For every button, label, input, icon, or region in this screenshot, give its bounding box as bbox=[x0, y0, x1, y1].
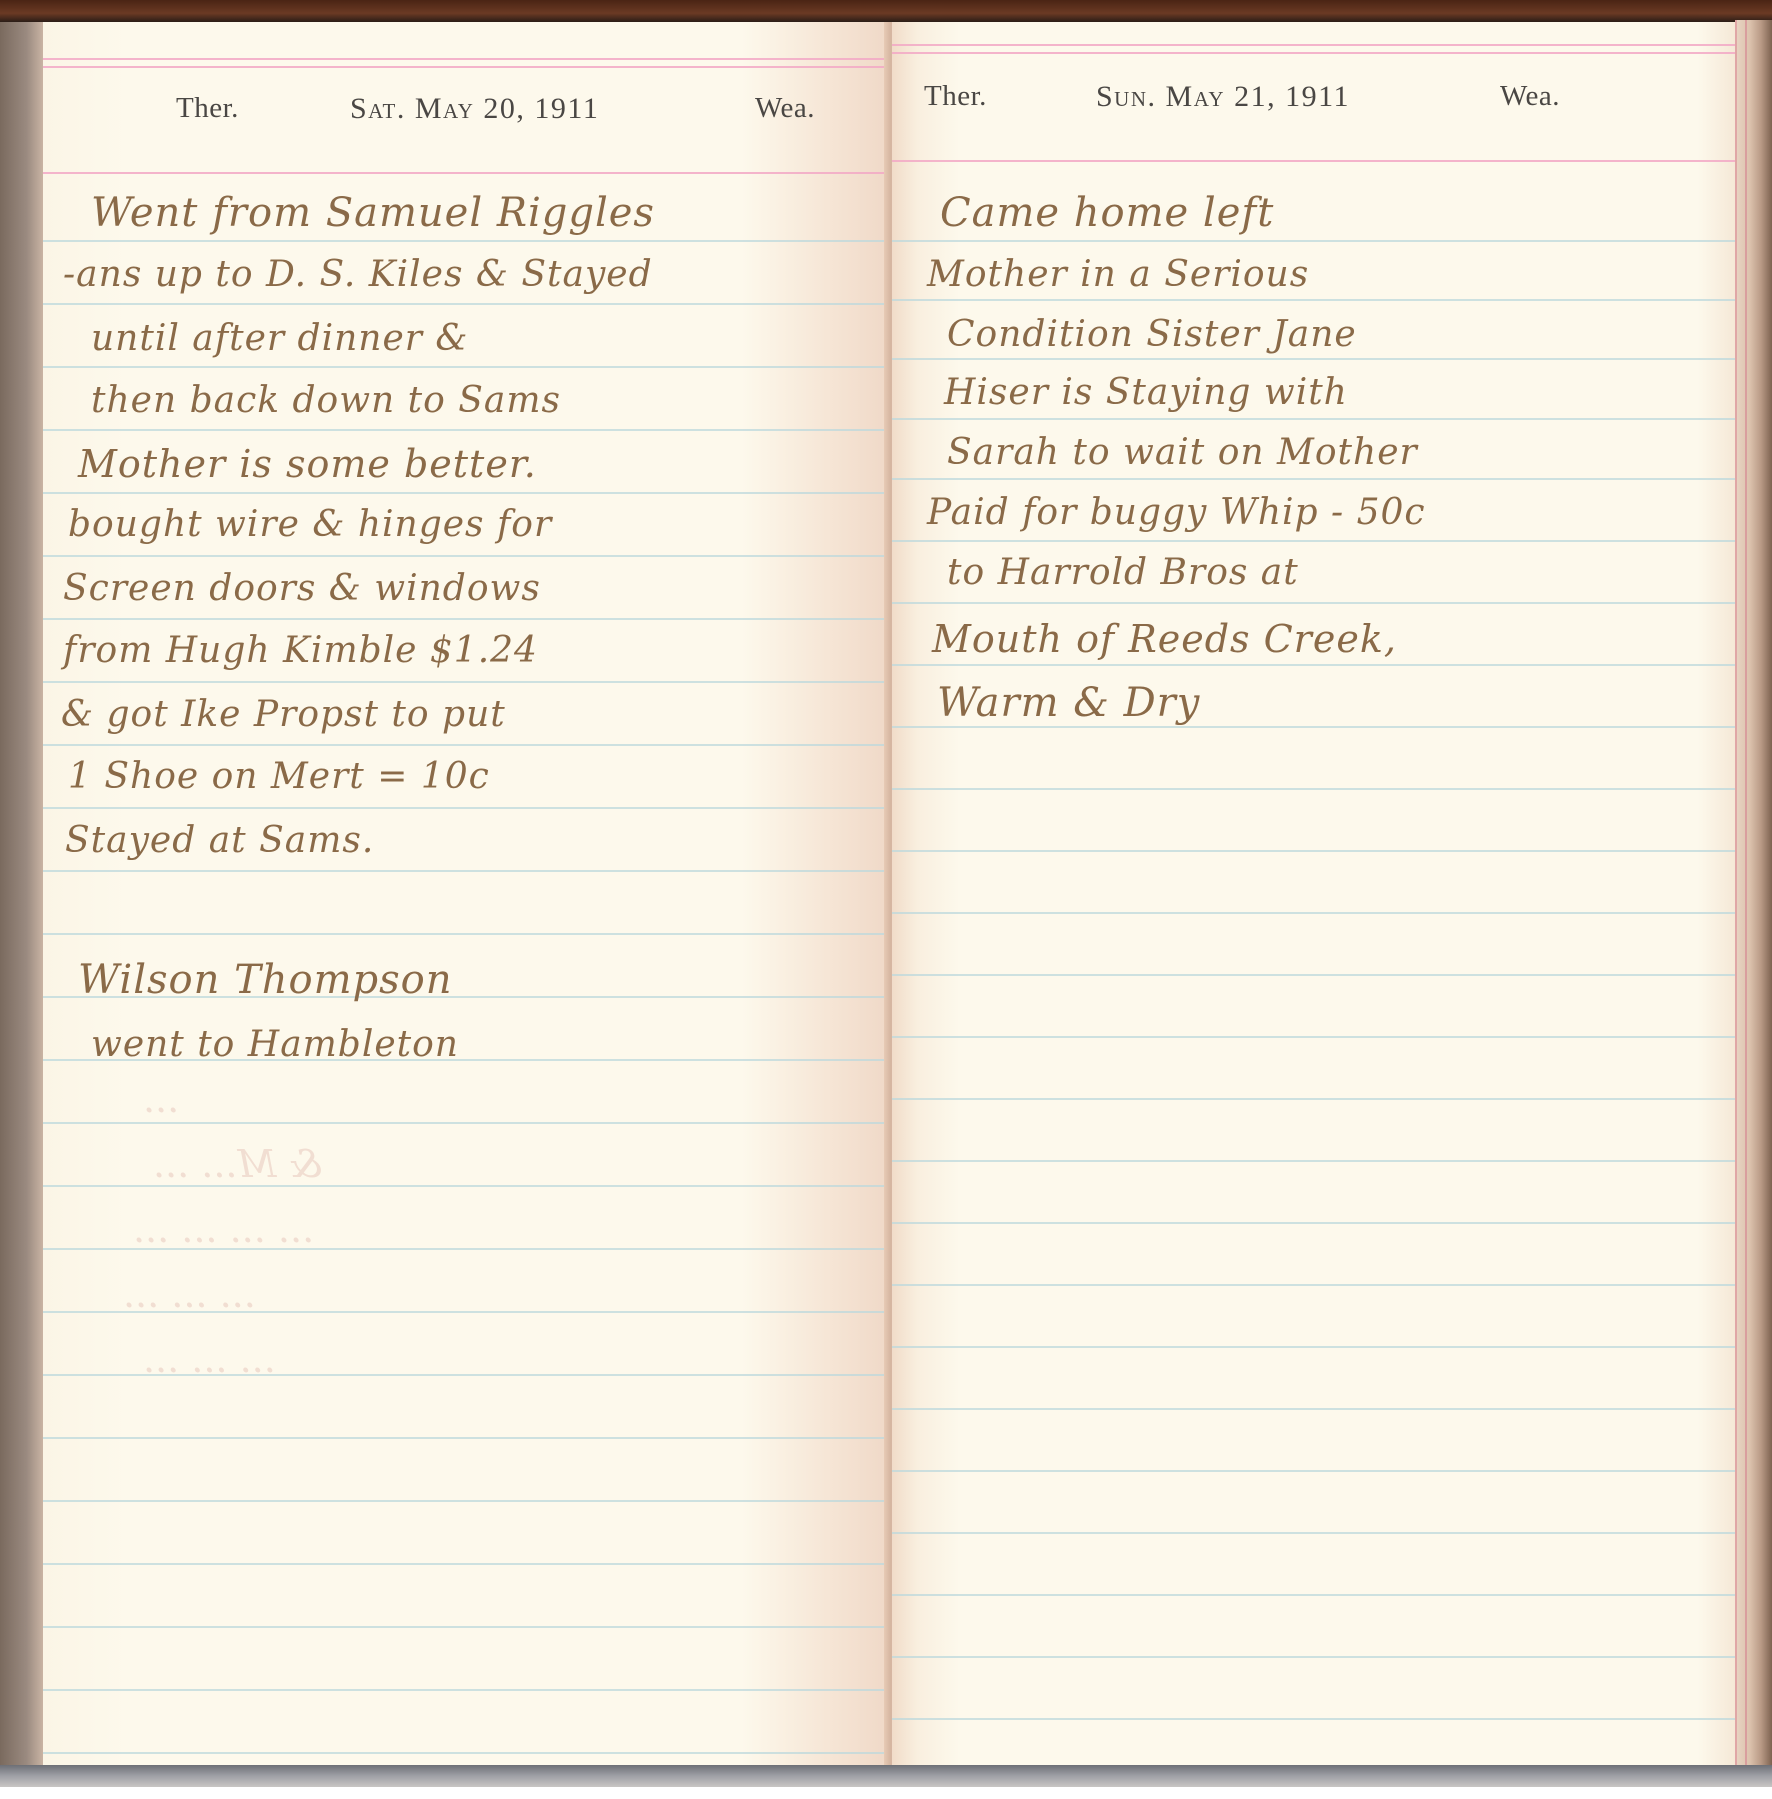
ruled-line bbox=[43, 618, 895, 620]
ruled-line bbox=[892, 912, 1740, 914]
page-date: Sun. May 21, 1911 bbox=[1096, 80, 1350, 114]
header-rule bbox=[43, 172, 895, 174]
ruled-line bbox=[892, 1408, 1740, 1410]
entry-line: to Harrold Bros at bbox=[947, 552, 1299, 593]
ruled-line bbox=[43, 1626, 895, 1628]
left-page-header: Ther. Sat. May 20, 1911 Wea. bbox=[43, 92, 895, 152]
ruled-line bbox=[43, 240, 895, 242]
header-rule bbox=[892, 52, 1740, 54]
ruled-line bbox=[892, 1160, 1740, 1162]
ruled-line bbox=[892, 1532, 1740, 1534]
entry-line: & got Ike Propst to put bbox=[61, 694, 506, 735]
entry-line: Condition Sister Jane bbox=[947, 314, 1357, 355]
entry-line: Went from Samuel Riggles bbox=[91, 190, 655, 236]
ruled-line bbox=[892, 540, 1740, 542]
ruled-line bbox=[892, 1036, 1740, 1038]
header-rule bbox=[43, 58, 895, 60]
entry-line: Screen doors & windows bbox=[63, 568, 541, 609]
diary-book: Ther. Sat. May 20, 1911 Wea. ... bbox=[0, 0, 1772, 1785]
ruled-line bbox=[892, 299, 1740, 301]
entry-line: Mother is some better. bbox=[78, 442, 537, 486]
header-rule bbox=[892, 44, 1740, 46]
ruled-line bbox=[43, 1752, 895, 1754]
entry-line: Came home left bbox=[940, 190, 1274, 236]
ruled-line bbox=[43, 492, 895, 494]
entry-line: -ans up to D. S. Kiles & Stayed bbox=[63, 254, 653, 295]
entry-line: Mother in a Serious bbox=[927, 254, 1309, 295]
right-page: Ther. Sun. May 21, 1911 Wea. Came hom bbox=[892, 22, 1740, 1767]
left-page: Ther. Sat. May 20, 1911 Wea. ... bbox=[43, 22, 895, 1767]
ruled-line bbox=[43, 1437, 895, 1439]
ruled-line bbox=[892, 1594, 1740, 1596]
ruled-line bbox=[43, 303, 895, 305]
ruled-line bbox=[43, 429, 895, 431]
weather-label: Wea. bbox=[1500, 80, 1560, 113]
entry-line: Wilson Thompson bbox=[78, 957, 453, 1003]
ruled-line bbox=[892, 1656, 1740, 1658]
ruled-line bbox=[43, 555, 895, 557]
entry-line: then back down to Sams bbox=[91, 380, 561, 421]
entry-line: Paid for buggy Whip - 50c bbox=[927, 492, 1426, 533]
page-date: Sat. May 20, 1911 bbox=[350, 92, 599, 126]
ruled-line bbox=[892, 1222, 1740, 1224]
ruled-line bbox=[43, 870, 895, 872]
ruled-line bbox=[892, 788, 1740, 790]
entry-line: from Hugh Kimble $1.24 bbox=[63, 630, 538, 671]
thermometer-label: Ther. bbox=[924, 80, 987, 113]
ruled-line bbox=[43, 1689, 895, 1691]
book-cover-top-edge bbox=[0, 0, 1772, 22]
entry-line: Stayed at Sams. bbox=[65, 820, 374, 861]
thermometer-label: Ther. bbox=[176, 92, 239, 125]
ruled-line bbox=[892, 1284, 1740, 1286]
entry-line: Sarah to wait on Mother bbox=[947, 432, 1418, 473]
entry-line: bought wire & hinges for bbox=[68, 504, 552, 545]
entry-line: went to Hambleton bbox=[91, 1024, 459, 1065]
ruled-line bbox=[43, 744, 895, 746]
bleed-through-text: ... bbox=[143, 1077, 179, 1121]
header-rule bbox=[892, 160, 1740, 162]
ruled-line bbox=[43, 933, 895, 935]
ruled-line bbox=[892, 1346, 1740, 1348]
bleed-through-text: ... ... ... ... bbox=[133, 1207, 314, 1251]
ruled-line bbox=[43, 1563, 895, 1565]
book-cover-bottom-edge bbox=[0, 1765, 1772, 1787]
ruled-line bbox=[892, 1718, 1740, 1720]
ruled-line bbox=[892, 240, 1740, 242]
bleed-through-text: ... ... ... bbox=[123, 1272, 256, 1316]
ruled-line bbox=[892, 850, 1740, 852]
ruled-line bbox=[43, 1122, 895, 1124]
ruled-line bbox=[892, 418, 1740, 420]
ruled-line bbox=[892, 478, 1740, 480]
entry-line: 1 Shoe on Mert = 10c bbox=[68, 756, 490, 797]
page-stack-lines bbox=[1735, 20, 1747, 1770]
ruled-line bbox=[892, 726, 1740, 728]
page-block-edge bbox=[1735, 20, 1772, 1770]
right-page-header: Ther. Sun. May 21, 1911 Wea. bbox=[892, 80, 1740, 140]
header-rule bbox=[43, 66, 895, 68]
ruled-line bbox=[892, 1098, 1740, 1100]
ruled-line bbox=[43, 1500, 895, 1502]
entry-line: until after dinner & bbox=[91, 318, 468, 359]
ruled-line bbox=[892, 974, 1740, 976]
ruled-line bbox=[892, 358, 1740, 360]
bleed-through-text: ... ... ... bbox=[143, 1337, 276, 1381]
entry-line: Mouth of Reeds Creek, bbox=[932, 617, 1397, 661]
ruled-line bbox=[892, 664, 1740, 666]
ruled-line bbox=[43, 681, 895, 683]
entry-line: Hiser is Staying with bbox=[944, 372, 1348, 413]
ruled-line bbox=[892, 1470, 1740, 1472]
entry-line: Warm & Dry bbox=[937, 680, 1200, 726]
ruled-line bbox=[43, 807, 895, 809]
ruled-line bbox=[892, 602, 1740, 604]
ruled-line bbox=[43, 366, 895, 368]
weather-label: Wea. bbox=[755, 92, 815, 125]
bleed-through-text: & M... ... bbox=[153, 1142, 322, 1186]
